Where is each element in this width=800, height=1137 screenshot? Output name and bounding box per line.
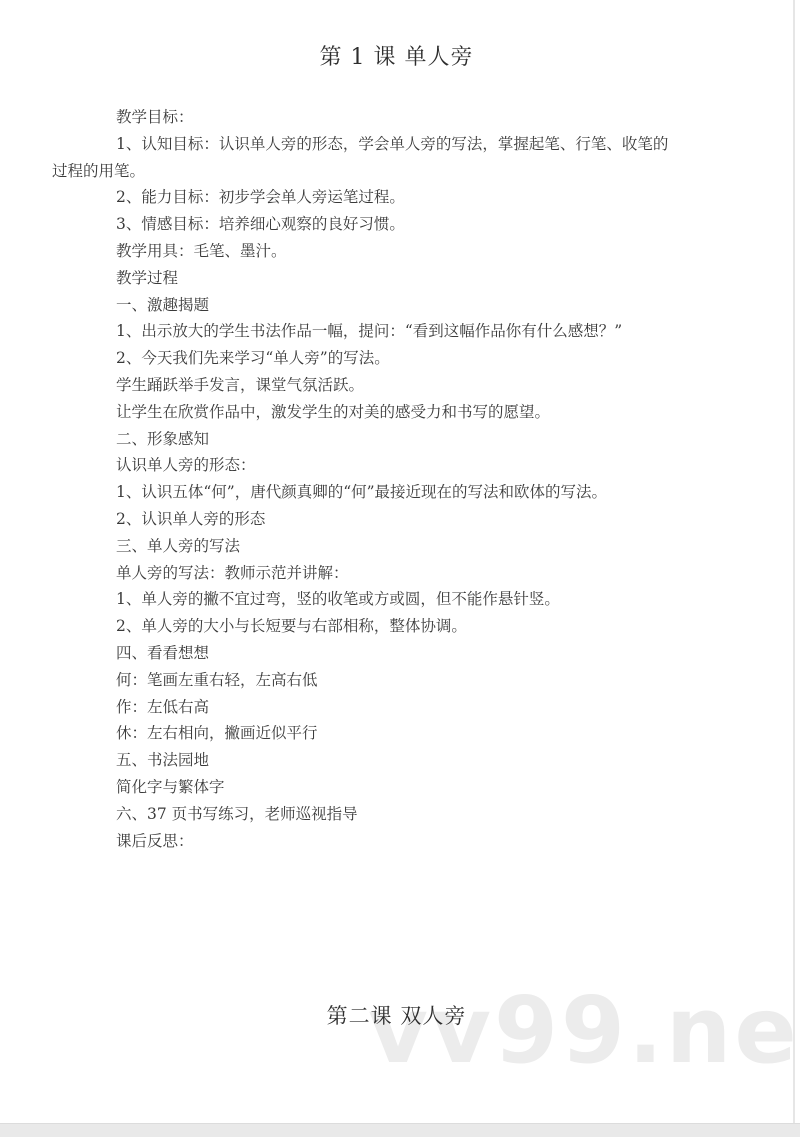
text-line: 2、今天我们先来学习“单人旁”的写法。 [84,345,724,372]
text-line: 1、认知目标：认识单人旁的形态，学会单人旁的写法，掌握起笔、行笔、收笔的 [84,131,724,158]
text-line: 让学生在欣赏作品中，激发学生的对美的感受力和书写的愿望。 [84,399,724,426]
page-separator [0,1123,800,1137]
text-line: 认识单人旁的形态： [84,452,724,479]
text-line: 教学用具：毛笔、墨汁。 [84,238,724,265]
text-line: 何：笔画左重右轻，左高右低 [84,667,724,694]
section-heading: 一、激趣揭题 [84,292,724,319]
lesson-1-title: 第 1 课 单人旁 [0,40,793,71]
text-line: 课后反思： [84,828,724,855]
section-heading: 三、单人旁的写法 [84,533,724,560]
watermark: vv99.net [368,985,800,1077]
text-line: 2、认识单人旁的形态 [84,506,724,533]
text-line: 2、单人旁的大小与长短要与右部相称，整体协调。 [84,613,724,640]
text-line: 休：左右相向，撇画近似平行 [84,720,724,747]
text-line: 3、情感目标：培养细心观察的良好习惯。 [84,211,724,238]
text-line: 单人旁的写法：教师示范并讲解： [84,560,724,587]
section-heading: 四、看看想想 [84,640,724,667]
text-line: 2、能力目标：初步学会单人旁运笔过程。 [84,184,724,211]
document-page: 第 1 课 单人旁 教学目标： 1、认知目标：认识单人旁的形态，学会单人旁的写法… [0,0,795,1123]
text-line: 1、出示放大的学生书法作品一幅，提问：“看到这幅作品你有什么感想？” [84,318,724,345]
text-line: 教学目标： [84,104,724,131]
section-heading: 六、37 页书写练习，老师巡视指导 [84,801,724,828]
section-heading: 二、形象感知 [84,426,724,453]
text-line: 简化字与繁体字 [84,774,724,801]
text-line: 教学过程 [84,265,724,292]
text-line: 学生踊跃举手发言，课堂气氛活跃。 [84,372,724,399]
section-heading: 五、书法园地 [84,747,724,774]
text-line: 1、认识五体“何”，唐代颜真卿的“何”最接近现在的写法和欧体的写法。 [84,479,724,506]
text-line: 1、单人旁的撇不宜过弯，竖的收笔或方或圆，但不能作悬针竖。 [84,586,724,613]
text-line: 作：左低右高 [84,694,724,721]
lesson-1-body: 教学目标： 1、认知目标：认识单人旁的形态，学会单人旁的写法，掌握起笔、行笔、收… [84,104,724,854]
text-line: 过程的用笔。 [52,158,724,185]
lesson-2-title: 第二课 双人旁 [0,1000,793,1030]
